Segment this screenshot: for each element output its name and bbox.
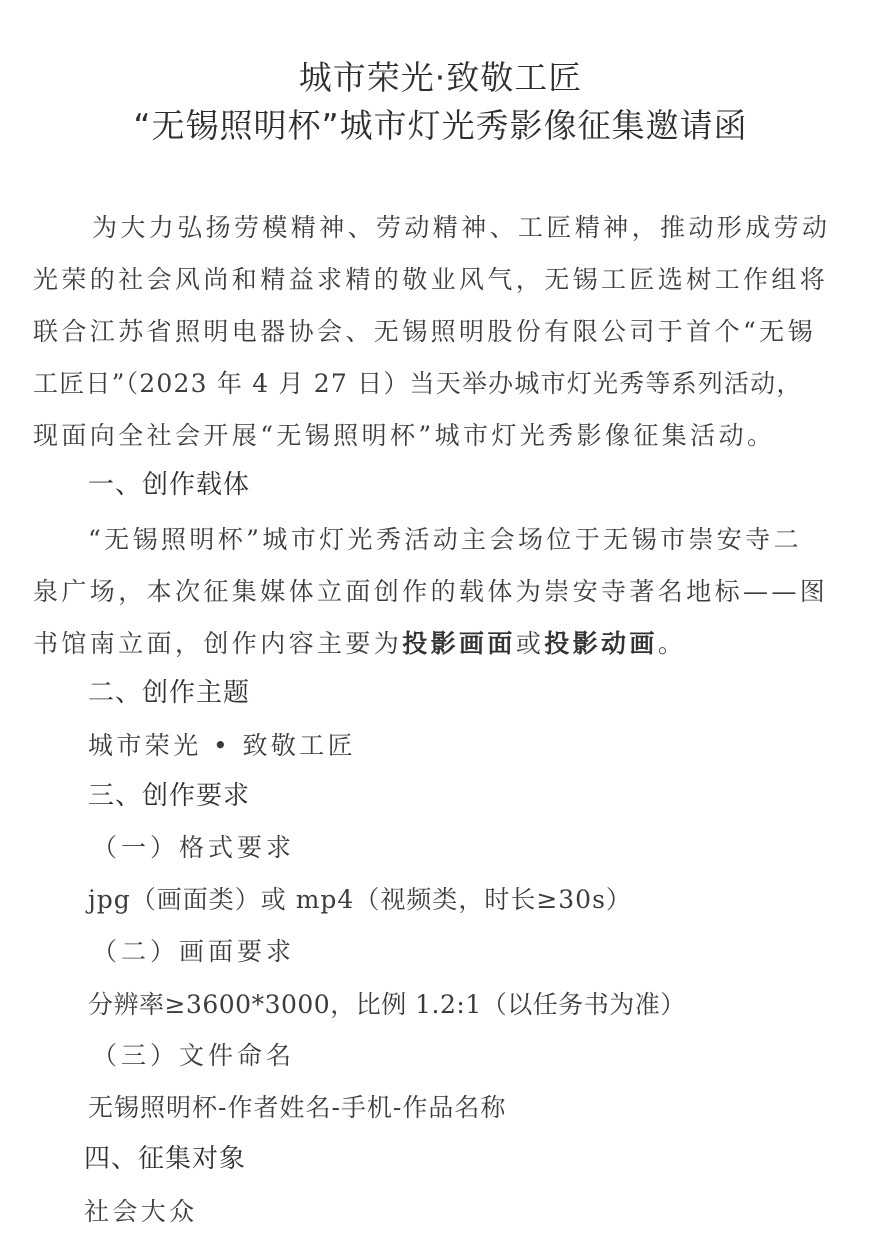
intro-line-4: 工匠日”（2023 年 4 月 27 日）当天举办城市灯光秀等系列活动， bbox=[33, 364, 803, 400]
section-1-line-3-or: 或 bbox=[516, 629, 544, 658]
title-line-2: “无锡照明杯”城市灯光秀影像征集邀请函 bbox=[0, 100, 881, 147]
emphasis-projection-image: 投影画面 bbox=[402, 629, 516, 658]
section-1-heading: 一、创作载体 bbox=[88, 464, 250, 501]
section-1-line-2: 泉广场，本次征集媒体立面创作的载体为崇安寺著名地标——图 bbox=[33, 572, 828, 608]
intro-line-3: 联合江苏省照明电器协会、无锡照明股份有限公司于首个“无锡 bbox=[33, 312, 816, 348]
section-1-line-3-prefix: 书馆南立面，创作内容主要为 bbox=[33, 629, 402, 658]
section-1-line-3: 书馆南立面，创作内容主要为投影画面或投影动画。 bbox=[33, 624, 686, 660]
emphasis-projection-animation: 投影动画 bbox=[544, 629, 658, 658]
intro-line-5: 现面向全社会开展“无锡照明杯”城市灯光秀影像征集活动。 bbox=[33, 416, 775, 452]
intro-line-2: 光荣的社会风尚和精益求精的敬业风气，无锡工匠选树工作组将 bbox=[33, 260, 828, 296]
section-1-line-1: “无锡照明杯”城市灯光秀活动主会场位于无锡市崇安寺二 bbox=[88, 520, 802, 556]
section-3-sub-1-heading: （一）格式要求 bbox=[92, 828, 295, 864]
section-3-sub-3-heading: （三）文件命名 bbox=[92, 1036, 295, 1072]
section-3-heading: 三、创作要求 bbox=[88, 775, 250, 812]
title-line-1: 城市荣光·致敬工匠 bbox=[0, 52, 881, 99]
section-4-heading: 四、征集对象 bbox=[84, 1138, 246, 1175]
section-3-sub-3-text: 无锡照明杯-作者姓名-手机-作品名称 bbox=[88, 1088, 506, 1124]
intro-line-1: 为大力弘扬劳模精神、劳动精神、工匠精神，推动形成劳动 bbox=[92, 208, 830, 244]
section-3-sub-1-text: jpg（画面类）或 mp4（视频类，时长≥30s） bbox=[88, 880, 632, 916]
section-2-text: 城市荣光 • 致敬工匠 bbox=[88, 726, 356, 762]
section-1-line-3-end: 。 bbox=[658, 629, 686, 658]
section-4-text: 社会大众 bbox=[84, 1192, 198, 1228]
section-3-sub-2-text: 分辨率≥3600*3000，比例 1.2:1（以任务书为准） bbox=[88, 985, 686, 1021]
section-2-heading: 二、创作主题 bbox=[88, 672, 250, 709]
section-3-sub-2-heading: （二）画面要求 bbox=[92, 932, 295, 968]
